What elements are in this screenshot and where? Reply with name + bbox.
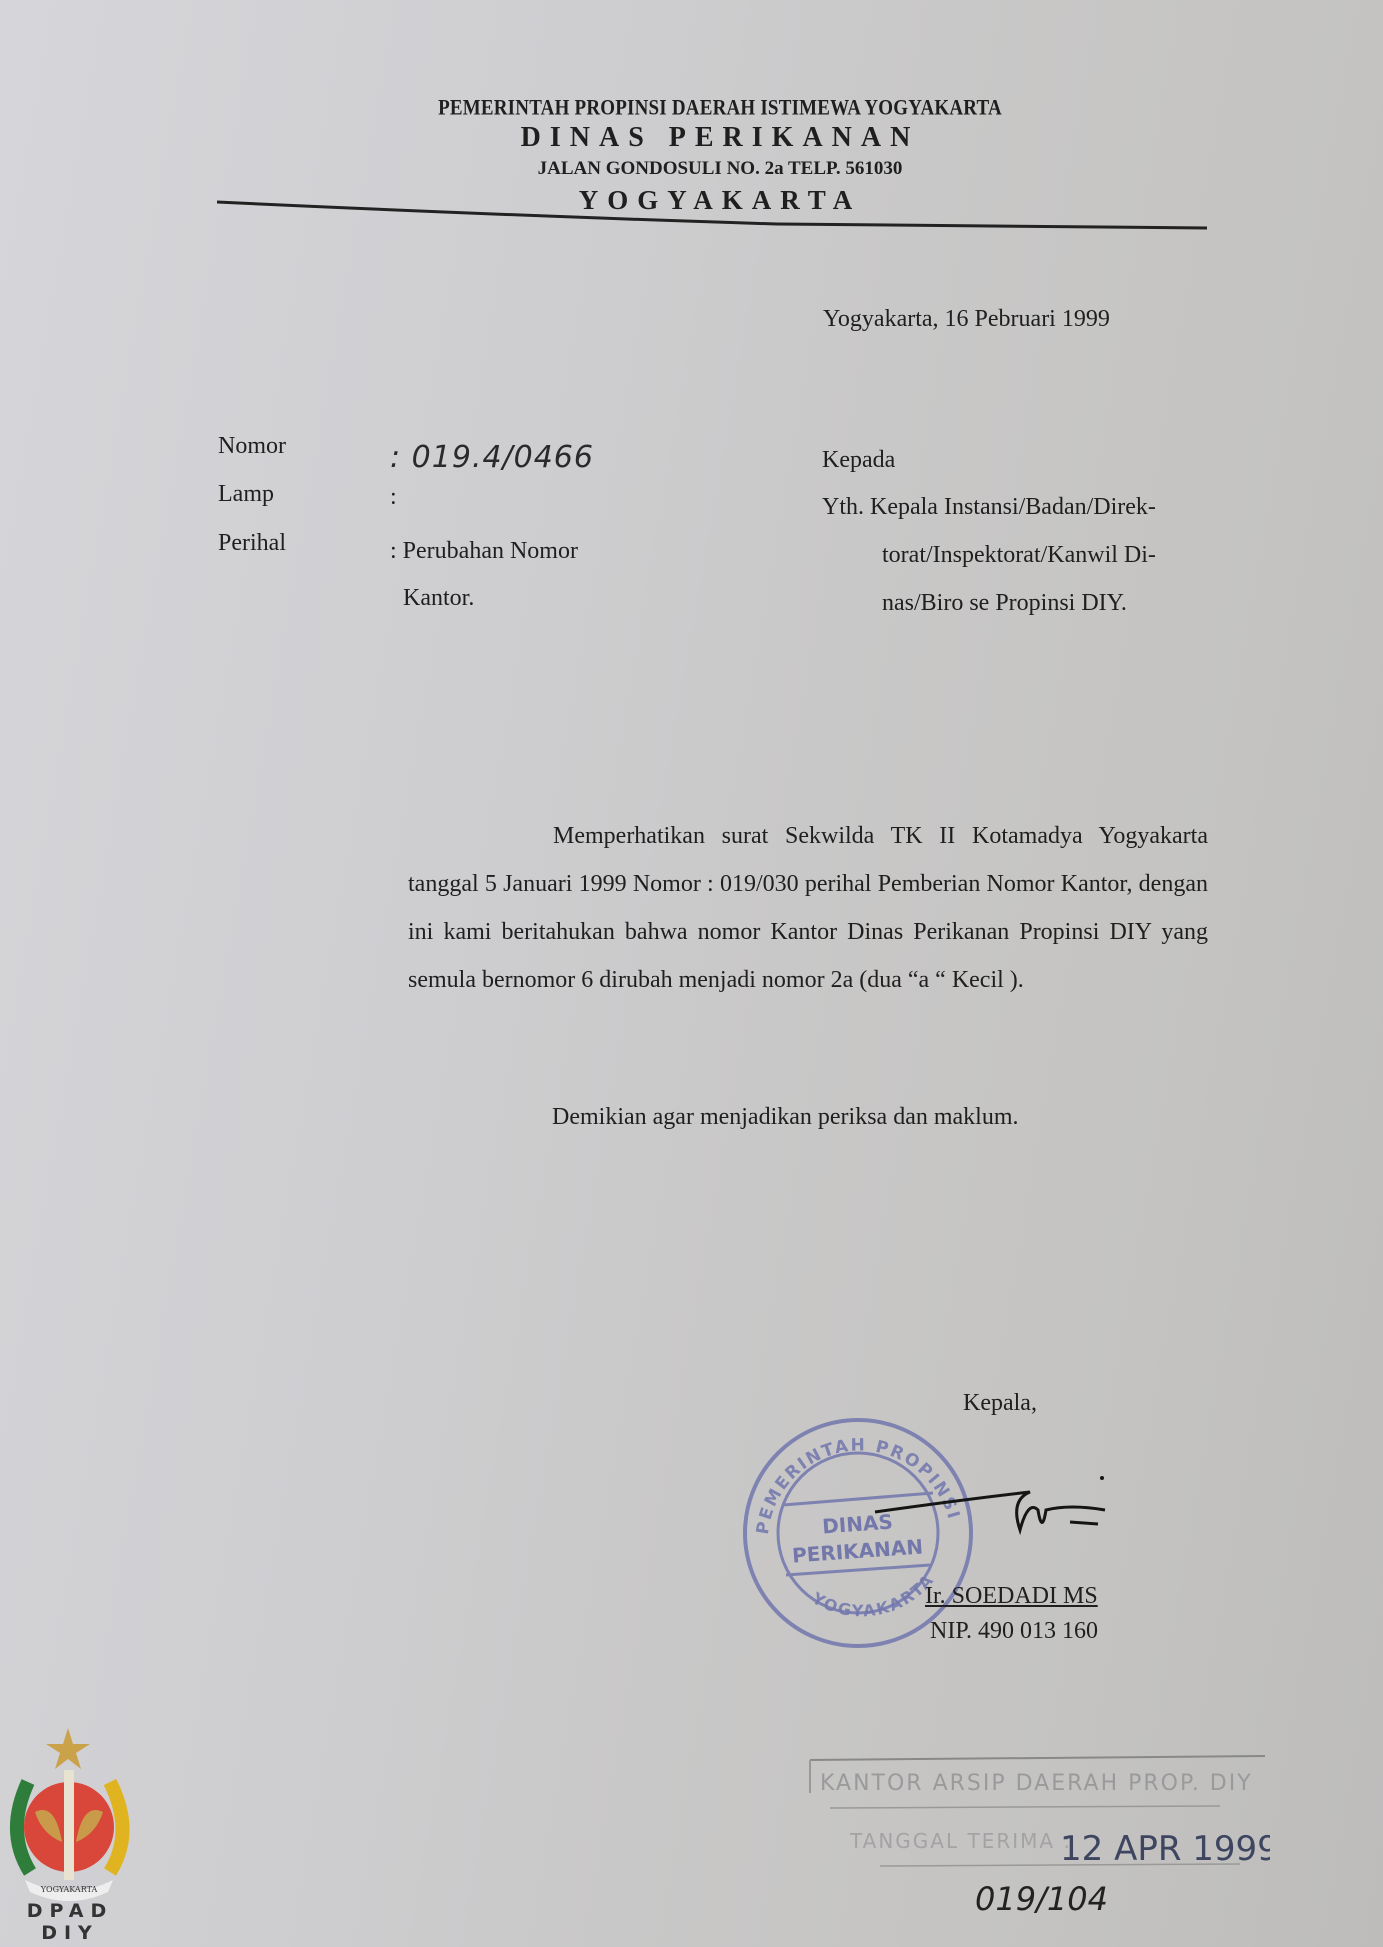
- archive-received-stamp: KANTOR ARSIP DAERAH PROP. DIY TANGGAL TE…: [800, 1748, 1270, 1918]
- signatory-name: Ir. SOEDADI MS: [925, 1583, 1098, 1610]
- lamp-label: Lamp: [218, 481, 274, 508]
- signature-scribble: [870, 1470, 1150, 1550]
- recipient-line: torat/Inspektorat/Kanwil Di-: [882, 542, 1156, 569]
- lamp-value: :: [390, 484, 397, 511]
- letterhead-address: JALAN GONDOSULI NO. 2a TELP. 561030: [0, 158, 1383, 180]
- dpad-watermark: DPAD DIY: [10, 1900, 130, 1944]
- perihal-label: Perihal: [218, 530, 286, 557]
- recipient-kepada: Kepada: [822, 447, 895, 474]
- watermark-line2: DIY: [10, 1922, 130, 1944]
- nomor-value: : 019.4/0466: [390, 440, 594, 475]
- perihal-value: : Perubahan Nomor: [390, 538, 578, 565]
- stamp-bottom-text: YOGYAKARTA: [808, 1570, 938, 1621]
- nomor-label: Nomor: [218, 433, 286, 460]
- letterhead-divider: [217, 198, 1207, 238]
- logo-text: YOGYAKARTA: [40, 1885, 98, 1894]
- svg-text:YOGYAKARTA: YOGYAKARTA: [808, 1570, 938, 1621]
- letterhead-government: PEMERINTAH PROPINSI DAERAH ISTIMEWA YOGY…: [0, 96, 1383, 121]
- watermark-line1: DPAD: [10, 1900, 130, 1922]
- archive-received-label: TANGGAL TERIMA :: [849, 1829, 1072, 1853]
- recipient-line: nas/Biro se Propinsi DIY.: [882, 590, 1127, 617]
- recipient-line: Yth. Kepala Instansi/Badan/Direk-: [822, 494, 1156, 521]
- closing-sentence: Demikian agar menjadikan periksa dan mak…: [552, 1104, 1019, 1131]
- archive-received-date: 12 APR 1999: [1060, 1829, 1270, 1869]
- body-paragraph: Memperhatikan surat Sekwilda TK II Kotam…: [408, 812, 1208, 1004]
- archive-header: KANTOR ARSIP DAERAH PROP. DIY: [820, 1771, 1253, 1796]
- signatory-nip: NIP. 490 013 160: [930, 1618, 1098, 1645]
- dpad-logo: YOGYAKARTA: [0, 1722, 140, 1902]
- perihal-value-cont: Kantor.: [403, 585, 474, 612]
- letterhead-agency: DINAS PERIKANAN: [0, 122, 1383, 154]
- archive-handwritten-number: 019/104: [975, 1880, 1108, 1918]
- letter-date: Yogyakarta, 16 Pebruari 1999: [823, 306, 1110, 333]
